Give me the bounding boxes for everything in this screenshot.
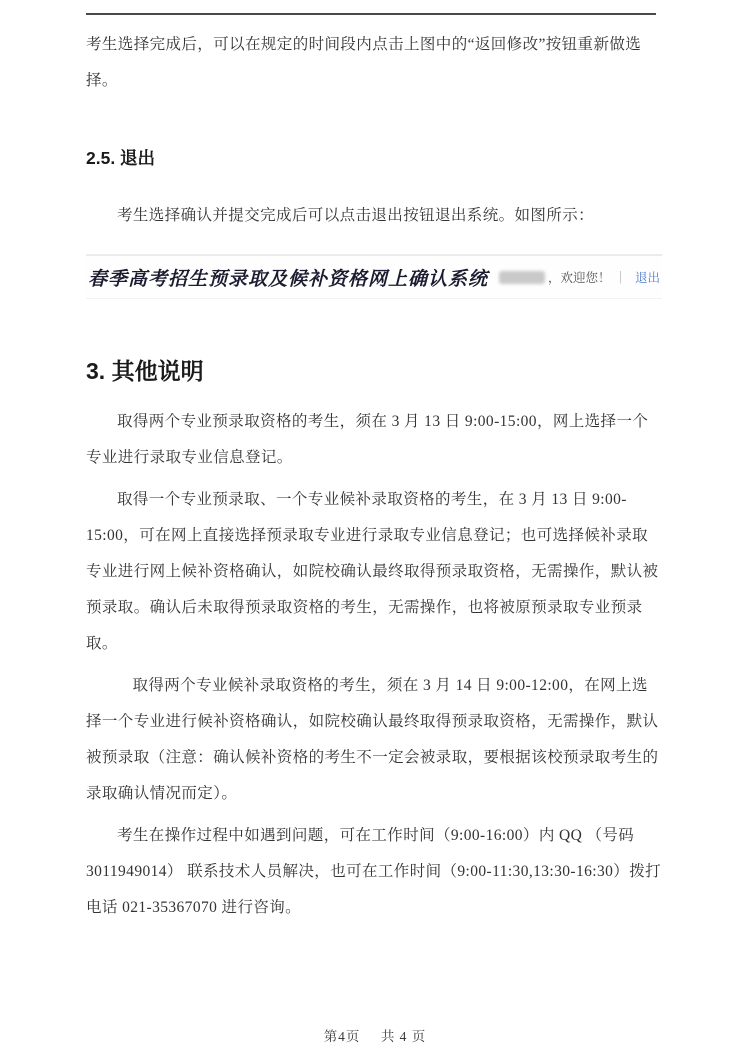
intro-paragraph: 考生选择完成后，可以在规定的时间段内点击上图中的“返回修改”按钮重新做选择。 — [86, 27, 662, 99]
welcome-text: ，欢迎您！ — [548, 268, 611, 286]
section-3-paragraph-2: 取得一个专业预录取、一个专业候补录取资格的考生，在 3 月 13 日 9:00-… — [86, 482, 662, 662]
page-footer: 第4页 共 4 页 — [0, 1025, 750, 1045]
document-page: 考生选择完成后，可以在规定的时间段内点击上图中的“返回修改”按钮重新做选择。 2… — [0, 0, 750, 1059]
section-2-5-paragraph: 考生选择确认并提交完成后可以点击退出按钮退出系统。如图所示： — [86, 198, 662, 234]
page-content: 考生选择完成后，可以在规定的时间段内点击上图中的“返回修改”按钮重新做选择。 2… — [0, 13, 750, 926]
section-3-paragraph-4: 考生在操作过程中如遇到问题，可在工作时间（9:00-16:00）内 QQ （号码… — [86, 818, 662, 926]
header-rule — [86, 13, 656, 15]
logout-link[interactable]: 退出 — [635, 268, 660, 286]
user-area: ，欢迎您！ ｜ 退出 — [499, 268, 660, 286]
section-3-paragraph-1: 取得两个专业预录取资格的考生，须在 3 月 13 日 9:00-15:00，网上… — [86, 404, 662, 476]
separator-bar: ｜ — [614, 268, 627, 286]
total-pages-label: 共 4 页 — [381, 1029, 427, 1044]
blurred-username — [499, 271, 545, 284]
section-2-5-heading: 2.5. 退出 — [86, 145, 662, 170]
embedded-screenshot-header: 春季高考招生预录取及候补资格网上确认系统 ，欢迎您！ ｜ 退出 — [86, 254, 662, 299]
section-3-heading: 3. 其他说明 — [86, 353, 662, 386]
current-page-label: 第4页 — [324, 1029, 361, 1044]
system-title: 春季高考招生预录取及候补资格网上确认系统 — [88, 264, 488, 291]
section-3-paragraph-3: 取得两个专业候补录取资格的考生，须在 3 月 14 日 9:00-12:00，在… — [86, 668, 662, 812]
